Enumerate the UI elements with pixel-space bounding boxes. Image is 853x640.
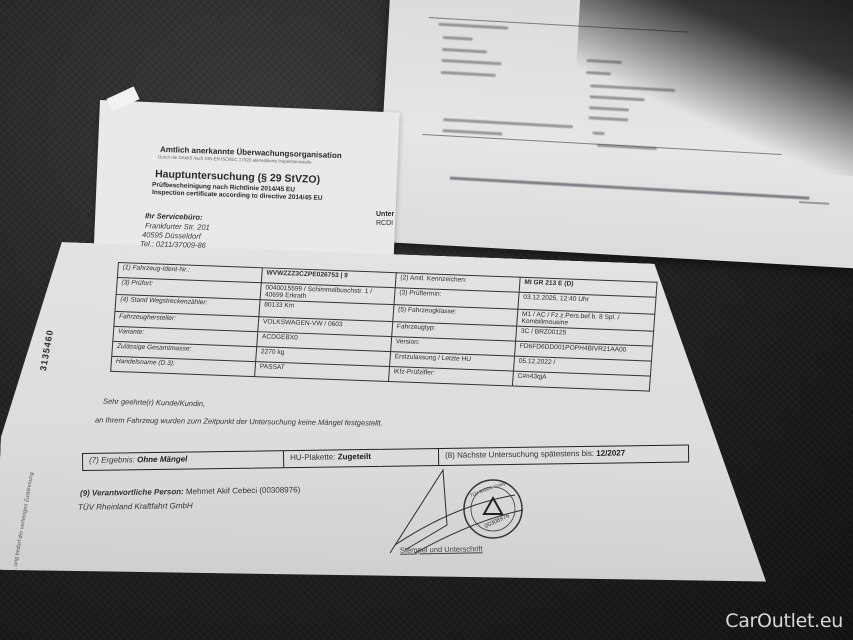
blurred-text [442,129,502,135]
blurred-text [442,48,487,54]
company-name: TÜV Rheinland Kraftfahrt GmbH [78,501,193,512]
blurred-text [443,36,473,41]
shadow [571,0,853,179]
tuv-stamp-icon: 00308976 TÜV Rheinl. Group [462,478,524,540]
stamp-label: Stempel und Unterschrift [400,544,483,554]
service-office-phone: Tel.: 0211/37009-86 [140,239,206,250]
vehicle-data-table: (1) Fahrzeug-Ident-Nr.:WVWZZZ3CZPE026753… [110,262,658,392]
watermark-logo: CarOutlet.eu [725,610,843,632]
partial-header-2: RCDI [376,220,393,227]
blurred-text [441,59,501,65]
result-label: (7) Ergebnis: [89,455,135,465]
plakette-label: HU-Plakette: [290,452,335,462]
service-record-sheet [376,0,853,269]
svg-text:00308976: 00308976 [484,513,511,530]
next-inspection-label: (8) Nächste Untersuchung spätestens bis: [445,449,594,460]
result-value: Ohne Mängel [137,455,187,465]
responsible-label: (9) Verantwortliche Person: [80,487,184,498]
blurred-text [443,118,573,128]
blurred-text [441,71,496,77]
blurred-text [438,23,508,30]
service-office-label: Ihr Servicebüro: [145,211,203,222]
plakette-value: Zugeteilt [338,452,371,461]
next-inspection-cell: (8) Nächste Untersuchung spätestens bis:… [439,446,688,465]
responsible-value: Mehmet Akif Cebeci (00308976) [186,485,300,496]
result-cell: (7) Ergebnis: Ohne Mängel [83,451,284,470]
page-number [799,201,829,205]
next-inspection-value: 12/2027 [596,448,625,457]
partial-header: Unter [376,211,394,218]
security-code-line [450,177,810,200]
